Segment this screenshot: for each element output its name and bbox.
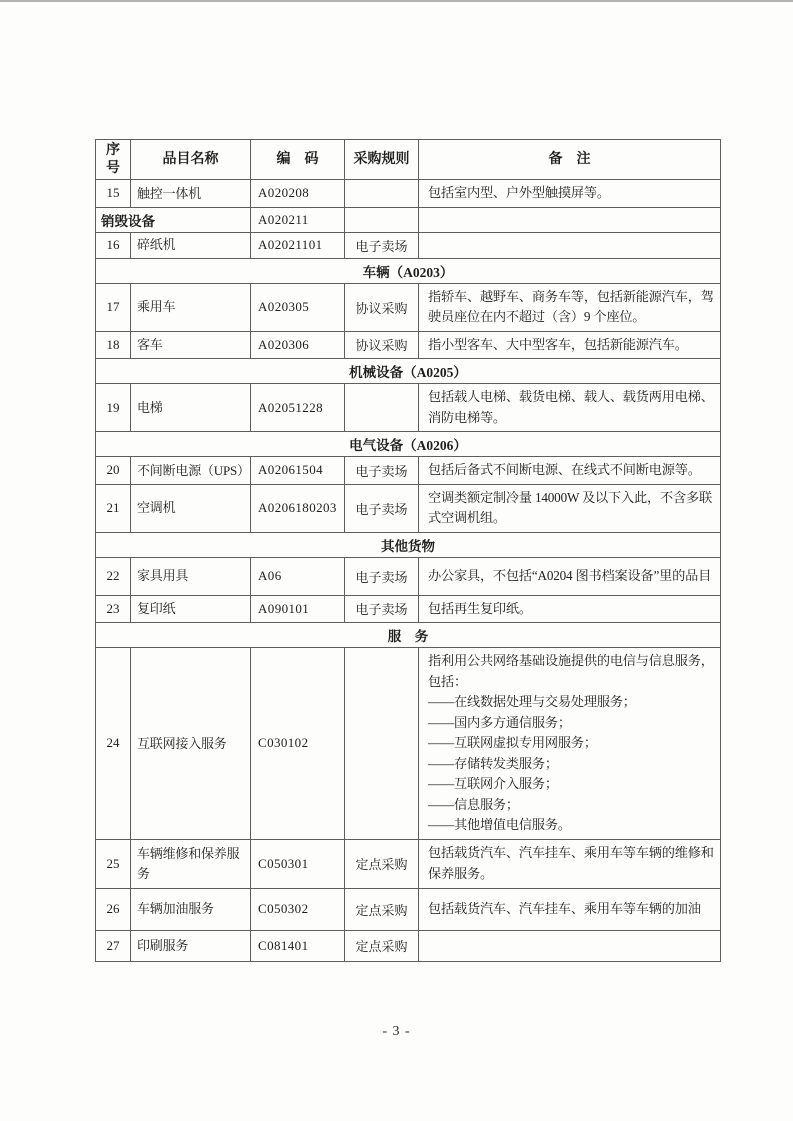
procurement-catalog-table: 序 号 品目名称 编 码 采购规则 备 注 15触控一体机A020208包括室内… [95,139,721,962]
table-row-item: 21空调机A0206180203电子卖场空调类额定制冷量 14000W 及以下入… [96,484,721,532]
table-row-section: 车辆（A0203） [96,258,721,283]
col-header-no: 序 号 [96,140,131,180]
table-row-item: 18客车A020306协议采购指小型客车、大中型客车，包括新能源汽车。 [96,331,721,359]
remark-cell: 包括后备式不间断电源、在线式不间断电源等。 [419,457,721,485]
purchase-rule-cell [345,648,419,840]
section-title-cell: 车辆（A0203） [96,258,721,283]
item-code-cell: A06 [251,557,345,595]
table-row-item: 27印刷服务C081401定点采购 [96,930,721,961]
row-no-cell: 25 [96,839,131,888]
item-name-cell: 乘用车 [131,283,251,331]
remark-cell: 空调类额定制冷量 14000W 及以下入此，不含多联式空调机组。 [419,484,721,532]
category-name-cell: 销毁设备 [96,207,251,232]
col-header-name: 品目名称 [131,140,251,180]
remark-cell: 包括室内型、户外型触摸屏等。 [419,180,721,208]
item-name-cell: 车辆加油服务 [131,888,251,930]
item-code-cell: A02061504 [251,457,345,485]
table-row-item: 26车辆加油服务C050302定点采购包括载货汽车、汽车挂车、乘用车等车辆的加油 [96,888,721,930]
document-page: 序 号 品目名称 编 码 采购规则 备 注 15触控一体机A020208包括室内… [0,0,793,1121]
row-no-cell: 18 [96,331,131,359]
remark-cell [419,930,721,961]
table-row-category: 销毁设备A020211 [96,207,721,232]
row-no-cell: 23 [96,595,131,623]
item-name-cell: 不间断电源（UPS） [131,457,251,485]
row-no-cell: 15 [96,180,131,208]
section-title-cell: 服 务 [96,623,721,648]
page-number: - 3 - [0,1024,793,1040]
purchase-rule-cell: 协议采购 [345,331,419,359]
col-header-note: 备 注 [419,140,721,180]
table-row-item: 19电梯A02051228包括载人电梯、载货电梯、载人、载货两用电梯、消防电梯等… [96,384,721,432]
item-code-cell: A020208 [251,180,345,208]
table-row-section: 其他货物 [96,532,721,557]
item-name-cell: 家具用具 [131,557,251,595]
remark-cell: 办公家具，不包括“A0204 图书档案设备”里的品目 [419,557,721,595]
item-code-cell: A020306 [251,331,345,359]
item-name-cell: 碎纸机 [131,232,251,258]
purchase-rule-cell: 电子卖场 [345,457,419,485]
item-code-cell: C050301 [251,839,345,888]
section-title-cell: 电气设备（A0206） [96,432,721,457]
table-row-item: 17乘用车A020305协议采购指轿车、越野车、商务车等，包括新能源汽车，驾驶员… [96,283,721,331]
item-code-cell: C081401 [251,930,345,961]
purchase-rule-cell: 协议采购 [345,283,419,331]
remark-cell: 包括载货汽车、汽车挂车、乘用车等车辆的维修和保养服务。 [419,839,721,888]
remark-cell [419,232,721,258]
item-name-cell: 印刷服务 [131,930,251,961]
item-code-cell: A090101 [251,595,345,623]
purchase-rule-cell: 定点采购 [345,888,419,930]
scan-edge-artifact [0,0,793,2]
row-no-cell: 27 [96,930,131,961]
item-name-cell: 互联网接入服务 [131,648,251,840]
table-row-section: 机械设备（A0205） [96,359,721,384]
row-no-cell: 20 [96,457,131,485]
table-row-item: 22家具用具A06电子卖场办公家具，不包括“A0204 图书档案设备”里的品目 [96,557,721,595]
table-row-section: 电气设备（A0206） [96,432,721,457]
remark-cell: 指小型客车、大中型客车，包括新能源汽车。 [419,331,721,359]
table-row-item: 25车辆维修和保养服务C050301定点采购包括载货汽车、汽车挂车、乘用车等车辆… [96,839,721,888]
item-code-cell: A020305 [251,283,345,331]
table-body: 15触控一体机A020208包括室内型、户外型触摸屏等。销毁设备A0202111… [96,180,721,962]
remark-cell: 包括载人电梯、载货电梯、载人、载货两用电梯、消防电梯等。 [419,384,721,432]
table-row-section: 服 务 [96,623,721,648]
item-name-cell: 电梯 [131,384,251,432]
purchase-rule-cell: 定点采购 [345,930,419,961]
remark-cell: 包括再生复印纸。 [419,595,721,623]
row-no-cell: 17 [96,283,131,331]
purchase-rule-cell [345,384,419,432]
item-name-cell: 客车 [131,331,251,359]
table-row-item: 16碎纸机A02021101电子卖场 [96,232,721,258]
item-code-cell: C030102 [251,648,345,840]
item-code-cell: A020211 [251,207,345,232]
item-name-cell: 空调机 [131,484,251,532]
purchase-rule-cell: 电子卖场 [345,595,419,623]
purchase-rule-cell [345,207,419,232]
purchase-rule-cell: 电子卖场 [345,557,419,595]
row-no-cell: 22 [96,557,131,595]
item-code-cell: A0206180203 [251,484,345,532]
item-name-cell: 车辆维修和保养服务 [131,839,251,888]
section-title-cell: 其他货物 [96,532,721,557]
remark-cell: 指利用公共网络基础设施提供的电信与信息服务， 包括： ——在线数据处理与交易处理… [419,648,721,840]
remark-cell: 指轿车、越野车、商务车等，包括新能源汽车，驾驶员座位在内不超过（含）9 个座位。 [419,283,721,331]
table-row-item: 24互联网接入服务C030102指利用公共网络基础设施提供的电信与信息服务， 包… [96,648,721,840]
table-header-row: 序 号 品目名称 编 码 采购规则 备 注 [96,140,721,180]
remark-cell: 包括载货汽车、汽车挂车、乘用车等车辆的加油 [419,888,721,930]
purchase-rule-cell: 电子卖场 [345,232,419,258]
table-row-item: 15触控一体机A020208包括室内型、户外型触摸屏等。 [96,180,721,208]
row-no-cell: 16 [96,232,131,258]
row-no-cell: 21 [96,484,131,532]
row-no-cell: 19 [96,384,131,432]
item-name-cell: 复印纸 [131,595,251,623]
col-header-rule: 采购规则 [345,140,419,180]
section-title-cell: 机械设备（A0205） [96,359,721,384]
col-header-code: 编 码 [251,140,345,180]
row-no-cell: 26 [96,888,131,930]
remark-cell [419,207,721,232]
table-row-item: 20不间断电源（UPS）A02061504电子卖场包括后备式不间断电源、在线式不… [96,457,721,485]
item-code-cell: C050302 [251,888,345,930]
purchase-rule-cell: 定点采购 [345,839,419,888]
item-code-cell: A02021101 [251,232,345,258]
purchase-rule-cell [345,180,419,208]
item-name-cell: 触控一体机 [131,180,251,208]
table-row-item: 23复印纸A090101电子卖场包括再生复印纸。 [96,595,721,623]
item-code-cell: A02051228 [251,384,345,432]
row-no-cell: 24 [96,648,131,840]
purchase-rule-cell: 电子卖场 [345,484,419,532]
